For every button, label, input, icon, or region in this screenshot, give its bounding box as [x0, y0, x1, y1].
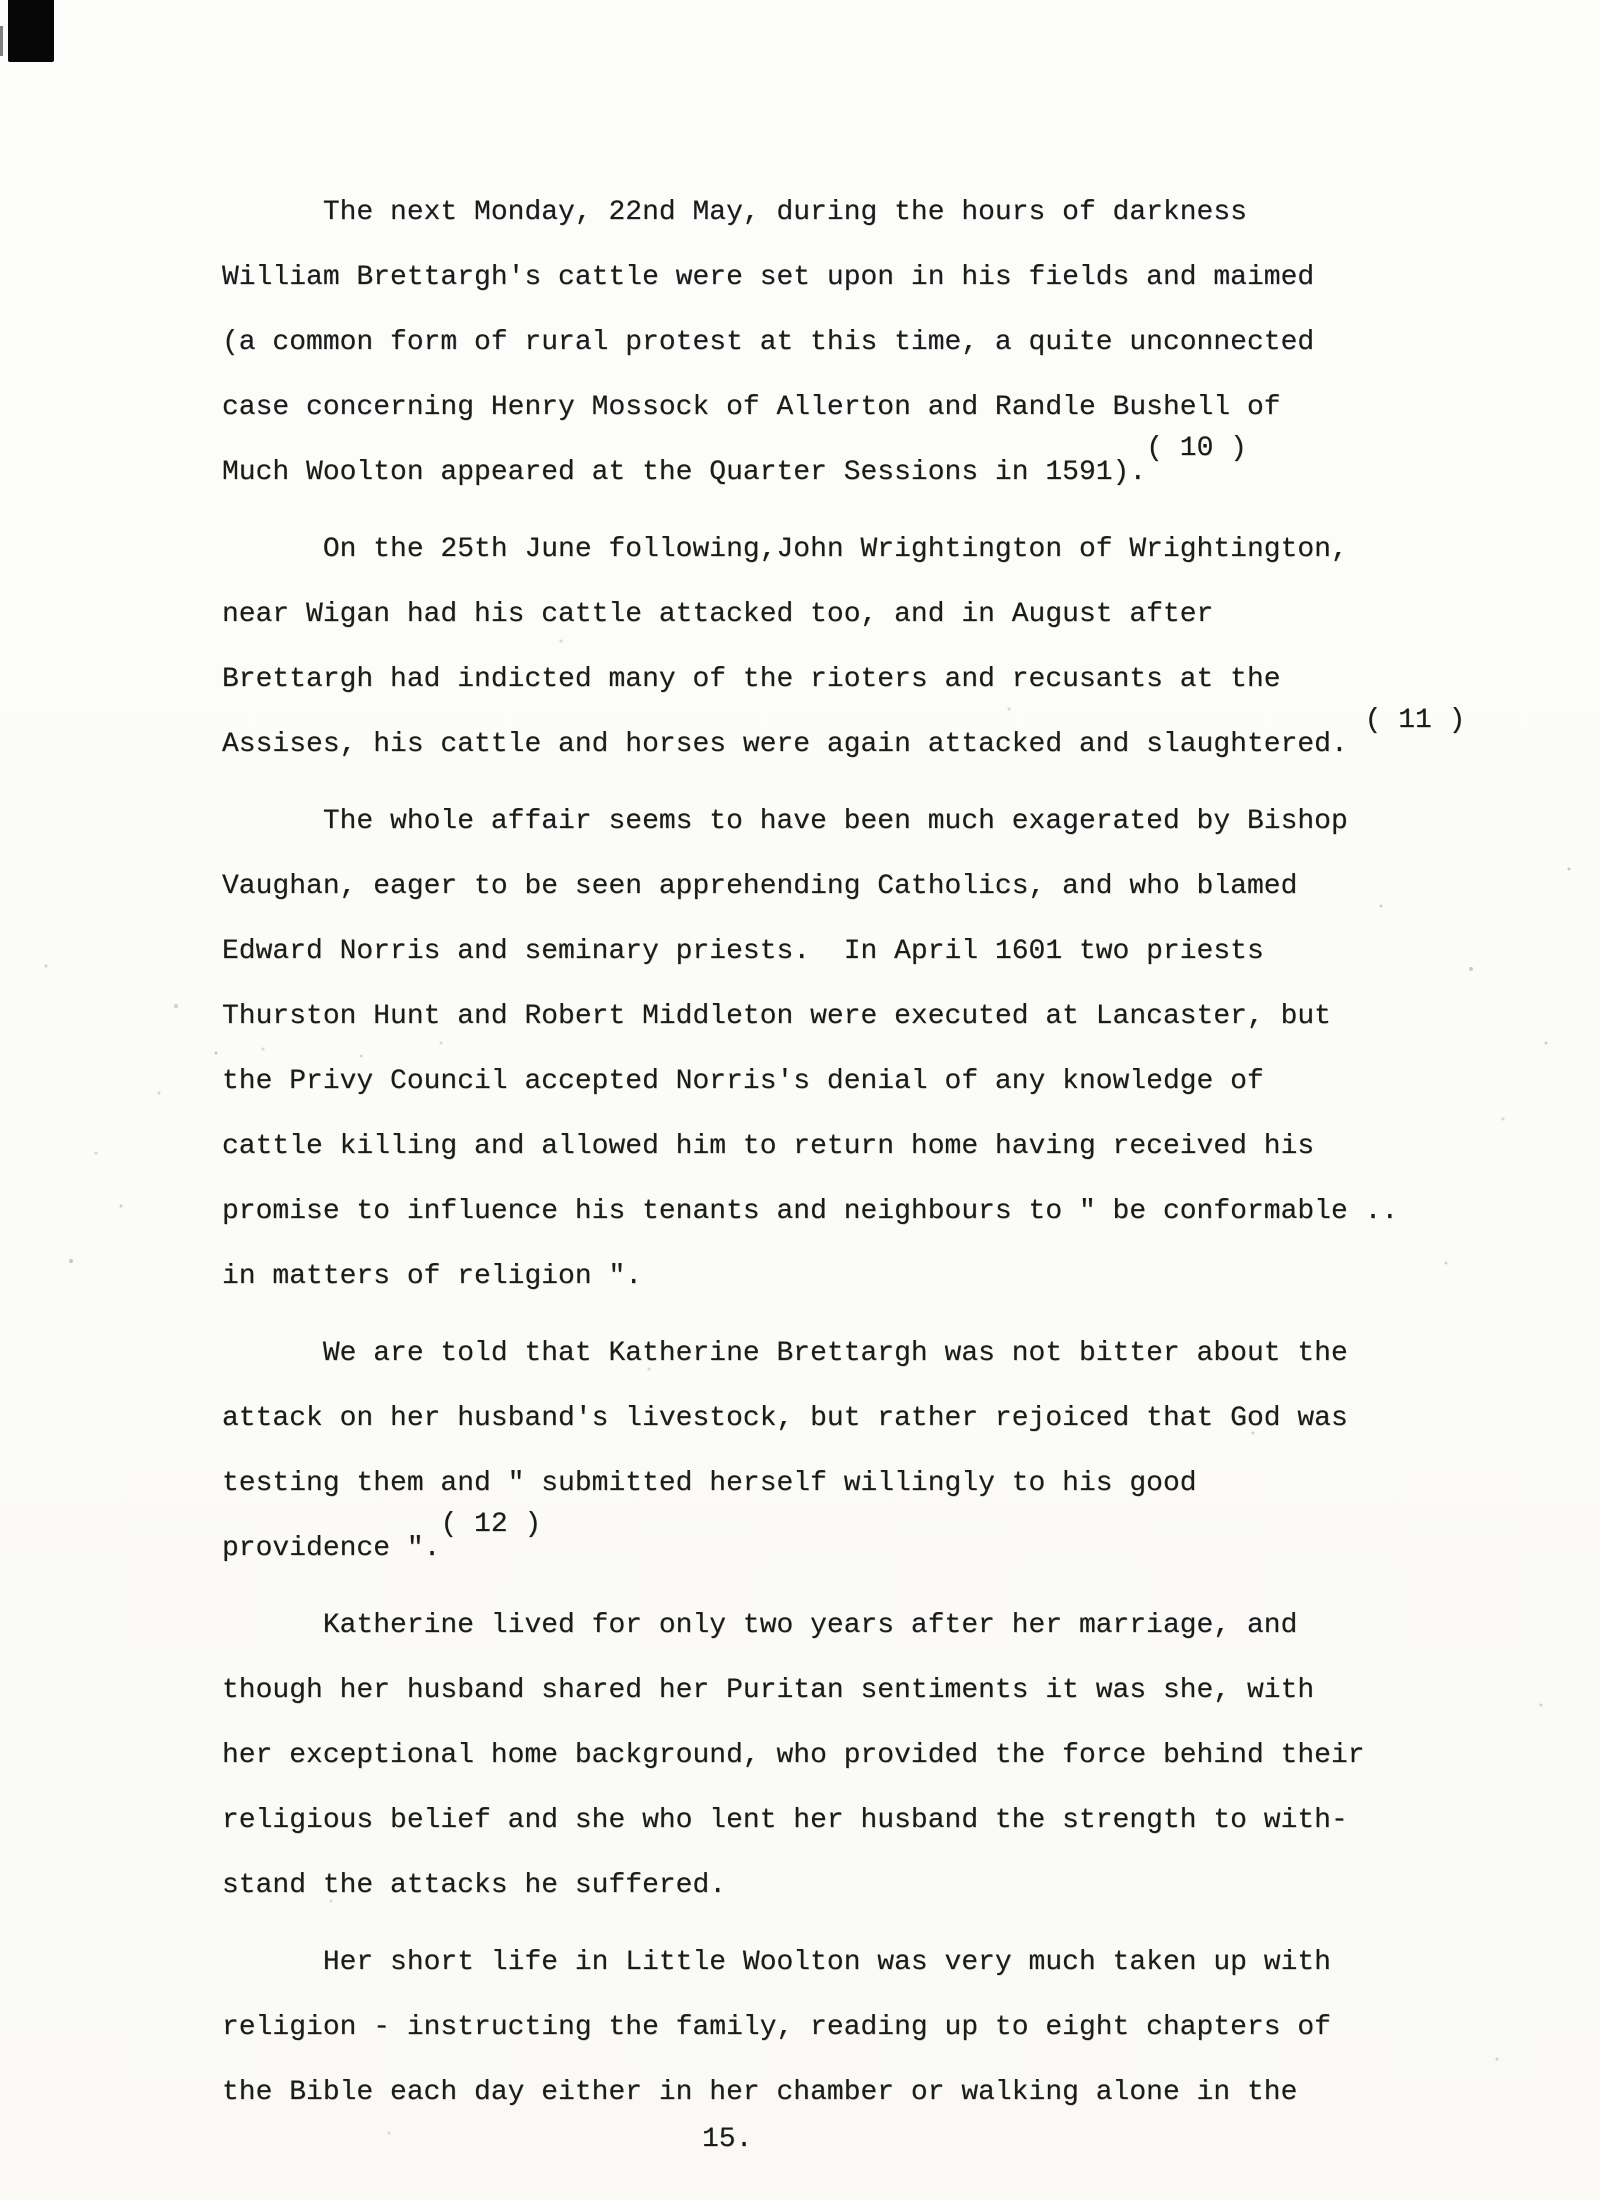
paragraph: Her short life in Little Woolton was ver… [222, 1930, 1442, 2125]
text-line: (a common form of rural protest at this … [222, 310, 1442, 375]
line-text: cattle killing and allowed him to return… [222, 1131, 1314, 1162]
paragraph: On the 25th June following,John Wrightin… [222, 517, 1442, 777]
line-text: stand the attacks he suffered. [222, 1870, 726, 1901]
document-page: The next Monday, 22nd May, during the ho… [0, 0, 1600, 2200]
paragraph: The whole affair seems to have been much… [222, 789, 1442, 1309]
text-line: Assises, his cattle and horses were agai… [222, 712, 1442, 777]
text-line: The next Monday, 22nd May, during the ho… [222, 180, 1442, 245]
text-line: in matters of religion ". [222, 1244, 1442, 1309]
text-line: The whole affair seems to have been much… [222, 789, 1442, 854]
line-text: promise to influence his tenants and nei… [222, 1196, 1398, 1227]
line-text: The next Monday, 22nd May, during the ho… [222, 197, 1247, 228]
line-text: Much Woolton appeared at the Quarter Ses… [222, 457, 1146, 488]
text-line: Her short life in Little Woolton was ver… [222, 1930, 1442, 1995]
paragraph: We are told that Katherine Brettargh was… [222, 1321, 1442, 1581]
text-line: Much Woolton appeared at the Quarter Ses… [222, 440, 1442, 505]
line-text: Vaughan, eager to be seen apprehending C… [222, 871, 1297, 902]
text-line: On the 25th June following,John Wrightin… [222, 517, 1442, 582]
text-line: case concerning Henry Mossock of Allerto… [222, 375, 1442, 440]
line-text: (a common form of rural protest at this … [222, 327, 1314, 358]
line-text: the Bible each day either in her chamber… [222, 2077, 1297, 2108]
text-line: We are told that Katherine Brettargh was… [222, 1321, 1442, 1386]
line-text: testing them and " submitted herself wil… [222, 1468, 1197, 1499]
footnote-marker: ( 10 ) [1146, 433, 1247, 464]
scan-edge-artifact [0, 26, 3, 56]
text-line: providence ".( 12 ) [222, 1516, 1442, 1581]
line-text: though her husband shared her Puritan se… [222, 1675, 1314, 1706]
text-line: stand the attacks he suffered. [222, 1853, 1442, 1918]
line-text: The whole affair seems to have been much… [222, 806, 1348, 837]
text-line: though her husband shared her Puritan se… [222, 1658, 1442, 1723]
line-text: in matters of religion ". [222, 1261, 642, 1292]
line-text: case concerning Henry Mossock of Allerto… [222, 392, 1281, 423]
line-text: near Wigan had his cattle attacked too, … [222, 599, 1213, 630]
line-text: Thurston Hunt and Robert Middleton were … [222, 1001, 1331, 1032]
line-text: Edward Norris and seminary priests. In A… [222, 936, 1264, 967]
line-text: Brettargh had indicted many of the riote… [222, 664, 1281, 695]
paragraph: The next Monday, 22nd May, during the ho… [222, 180, 1442, 505]
line-text: Katherine lived for only two years after… [222, 1610, 1297, 1641]
scan-noise [0, 0, 2, 2]
footnote-marker: ( 12 ) [440, 1509, 541, 1540]
line-text: attack on her husband's livestock, but r… [222, 1403, 1348, 1434]
line-text: the Privy Council accepted Norris's deni… [222, 1066, 1264, 1097]
text-line: Brettargh had indicted many of the riote… [222, 647, 1442, 712]
text-line: Katherine lived for only two years after… [222, 1593, 1442, 1658]
text-line: near Wigan had his cattle attacked too, … [222, 582, 1442, 647]
line-text: religion - instructing the family, readi… [222, 2012, 1331, 2043]
text-line: religious belief and she who lent her hu… [222, 1788, 1442, 1853]
line-text: Her short life in Little Woolton was ver… [222, 1947, 1331, 1978]
text-line: William Brettargh's cattle were set upon… [222, 245, 1442, 310]
line-text: religious belief and she who lent her hu… [222, 1805, 1348, 1836]
text-line: Thurston Hunt and Robert Middleton were … [222, 984, 1442, 1049]
text-line: Vaughan, eager to be seen apprehending C… [222, 854, 1442, 919]
line-text: providence ". [222, 1533, 440, 1564]
text-line: testing them and " submitted herself wil… [222, 1451, 1442, 1516]
text-line: the Bible each day either in her chamber… [222, 2060, 1442, 2125]
text-line: her exceptional home background, who pro… [222, 1723, 1442, 1788]
footnote-marker: ( 11 ) [1348, 705, 1466, 736]
text-line: cattle killing and allowed him to return… [222, 1114, 1442, 1179]
scan-corner-mark [8, 0, 54, 62]
paragraph: Katherine lived for only two years after… [222, 1593, 1442, 1918]
line-text: We are told that Katherine Brettargh was… [222, 1338, 1348, 1369]
text-line: Edward Norris and seminary priests. In A… [222, 919, 1442, 984]
text-line: religion - instructing the family, readi… [222, 1995, 1442, 2060]
text-line: promise to influence his tenants and nei… [222, 1179, 1442, 1244]
line-text: William Brettargh's cattle were set upon… [222, 262, 1314, 293]
line-text: her exceptional home background, who pro… [222, 1740, 1365, 1771]
text-line: attack on her husband's livestock, but r… [222, 1386, 1442, 1451]
page-number: 15. [702, 2112, 752, 2168]
line-text: Assises, his cattle and horses were agai… [222, 729, 1348, 760]
line-text: On the 25th June following,John Wrightin… [222, 534, 1348, 565]
text-line: the Privy Council accepted Norris's deni… [222, 1049, 1442, 1114]
body-text: The next Monday, 22nd May, during the ho… [222, 180, 1442, 2137]
